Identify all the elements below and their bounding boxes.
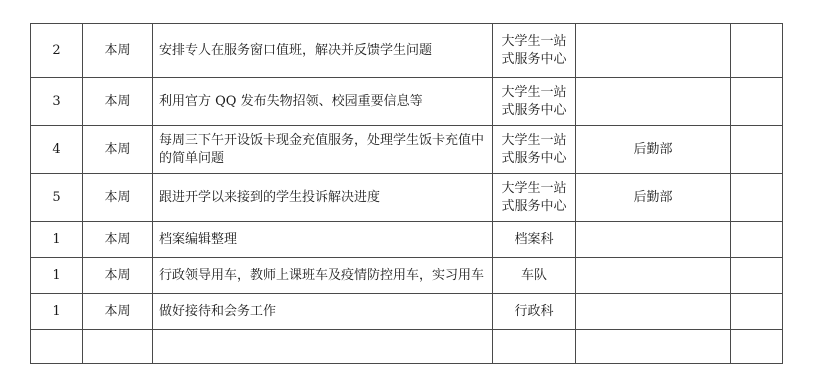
- cell-task: 安排专人在服务窗口值班，解决并反馈学生问题: [153, 24, 493, 78]
- cell-note: [731, 222, 783, 258]
- table-row: [31, 330, 783, 364]
- table-row: 3 本周 利用官方 QQ 发布失物招领、校园重要信息等 大学生一站式服务中心: [31, 78, 783, 126]
- cell-assist: 后勤部: [576, 174, 731, 222]
- cell-note: [731, 126, 783, 174]
- cell-serial: [31, 330, 83, 364]
- table-row: 1 本周 档案编辑整理 档案科: [31, 222, 783, 258]
- cell-note: [731, 24, 783, 78]
- cell-serial: 2: [31, 24, 83, 78]
- document-page: 2 本周 安排专人在服务窗口值班，解决并反馈学生问题 大学生一站式服务中心 3 …: [0, 0, 828, 391]
- cell-task: 每周三下午开设饭卡现金充值服务，处理学生饭卡充值中的简单问题: [153, 126, 493, 174]
- cell-period: 本周: [83, 126, 153, 174]
- cell-department: [493, 330, 576, 364]
- cell-period: 本周: [83, 174, 153, 222]
- cell-assist: [576, 222, 731, 258]
- table-row: 4 本周 每周三下午开设饭卡现金充值服务，处理学生饭卡充值中的简单问题 大学生一…: [31, 126, 783, 174]
- cell-assist: [576, 78, 731, 126]
- cell-task: 行政领导用车，教师上课班车及疫情防控用车，实习用车: [153, 258, 493, 294]
- cell-note: [731, 330, 783, 364]
- cell-serial: 5: [31, 174, 83, 222]
- cell-assist: [576, 258, 731, 294]
- cell-note: [731, 294, 783, 330]
- cell-task: [153, 330, 493, 364]
- cell-assist: [576, 294, 731, 330]
- table-row: 2 本周 安排专人在服务窗口值班，解决并反馈学生问题 大学生一站式服务中心: [31, 24, 783, 78]
- cell-note: [731, 174, 783, 222]
- table-row: 5 本周 跟进开学以来接到的学生投诉解决进度 大学生一站式服务中心 后勤部: [31, 174, 783, 222]
- cell-serial: 1: [31, 222, 83, 258]
- cell-department: 大学生一站式服务中心: [493, 24, 576, 78]
- cell-task: 做好接待和会务工作: [153, 294, 493, 330]
- cell-period: 本周: [83, 222, 153, 258]
- cell-serial: 4: [31, 126, 83, 174]
- cell-task: 利用官方 QQ 发布失物招领、校园重要信息等: [153, 78, 493, 126]
- cell-assist: [576, 330, 731, 364]
- cell-period: 本周: [83, 294, 153, 330]
- table-row: 1 本周 行政领导用车，教师上课班车及疫情防控用车，实习用车 车队: [31, 258, 783, 294]
- cell-task: 跟进开学以来接到的学生投诉解决进度: [153, 174, 493, 222]
- cell-serial: 3: [31, 78, 83, 126]
- cell-note: [731, 78, 783, 126]
- cell-period: 本周: [83, 258, 153, 294]
- cell-period: 本周: [83, 78, 153, 126]
- cell-assist: [576, 24, 731, 78]
- cell-period: [83, 330, 153, 364]
- cell-department: 车队: [493, 258, 576, 294]
- table-row: 1 本周 做好接待和会务工作 行政科: [31, 294, 783, 330]
- cell-serial: 1: [31, 294, 83, 330]
- cell-note: [731, 258, 783, 294]
- cell-department: 大学生一站式服务中心: [493, 78, 576, 126]
- cell-department: 大学生一站式服务中心: [493, 174, 576, 222]
- cell-department: 行政科: [493, 294, 576, 330]
- cell-department: 档案科: [493, 222, 576, 258]
- weekly-task-table: 2 本周 安排专人在服务窗口值班，解决并反馈学生问题 大学生一站式服务中心 3 …: [30, 23, 783, 364]
- cell-serial: 1: [31, 258, 83, 294]
- cell-department: 大学生一站式服务中心: [493, 126, 576, 174]
- cell-task: 档案编辑整理: [153, 222, 493, 258]
- cell-period: 本周: [83, 24, 153, 78]
- cell-assist: 后勤部: [576, 126, 731, 174]
